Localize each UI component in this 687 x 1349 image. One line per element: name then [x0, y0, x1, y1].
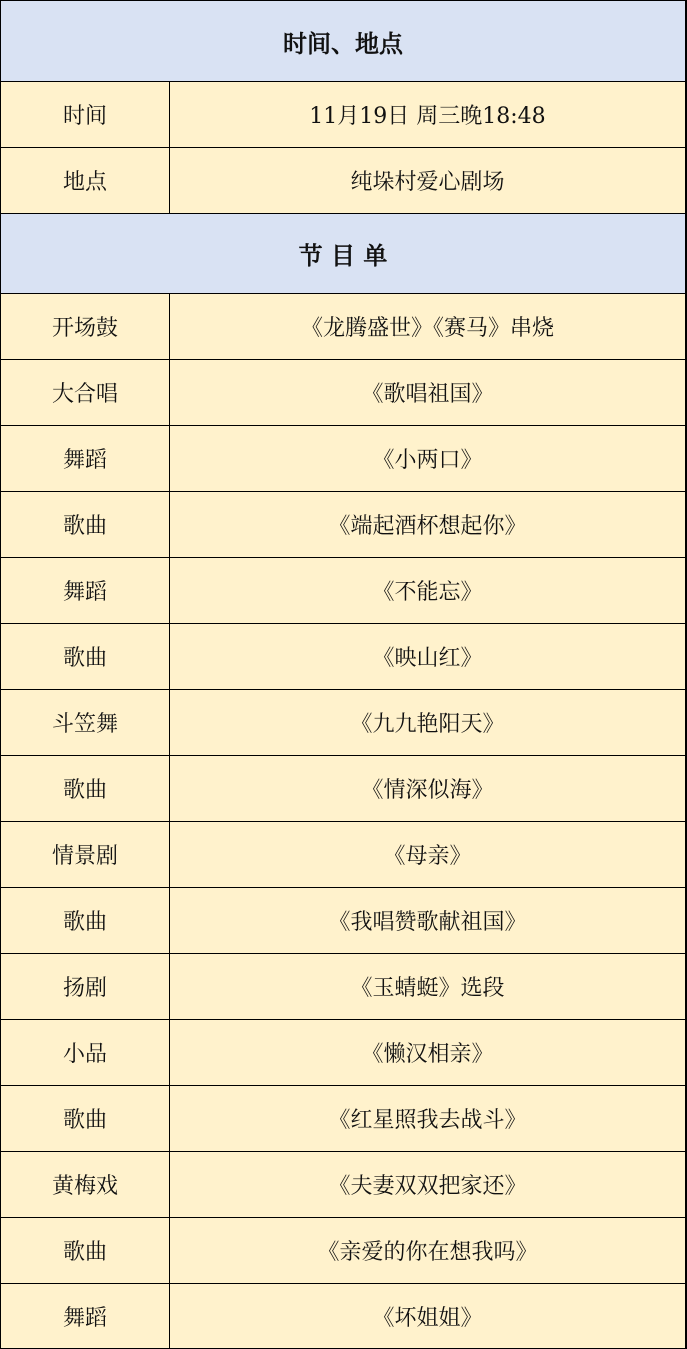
program-title: 《小两口》 [170, 426, 685, 491]
program-type: 歌曲 [1, 1086, 170, 1151]
program-type: 舞蹈 [1, 426, 170, 491]
program-title: 《懒汉相亲》 [170, 1020, 685, 1085]
program-type: 歌曲 [1, 492, 170, 557]
section-header-time-place: 时间、地点 [1, 1, 685, 82]
table-row: 歌曲 《红星照我去战斗》 [1, 1086, 685, 1152]
section-header-program: 节 目 单 [1, 214, 685, 294]
table-row: 斗笠舞 《九九艳阳天》 [1, 690, 685, 756]
program-title: 《龙腾盛世》《赛马》串烧 [170, 294, 685, 359]
program-title: 《端起酒杯想起你》 [170, 492, 685, 557]
program-title: 《红星照我去战斗》 [170, 1086, 685, 1151]
table-row: 情景剧 《母亲》 [1, 822, 685, 888]
table-row: 歌曲 《端起酒杯想起你》 [1, 492, 685, 558]
program-type: 歌曲 [1, 1218, 170, 1283]
program-type: 歌曲 [1, 888, 170, 953]
program-type: 情景剧 [1, 822, 170, 887]
program-type: 舞蹈 [1, 558, 170, 623]
program-title: 《不能忘》 [170, 558, 685, 623]
row-value: 纯垛村爱心剧场 [170, 148, 685, 213]
program-type: 斗笠舞 [1, 690, 170, 755]
table-row: 歌曲 《亲爱的你在想我吗》 [1, 1218, 685, 1284]
table-row: 开场鼓 《龙腾盛世》《赛马》串烧 [1, 294, 685, 360]
program-title: 《九九艳阳天》 [170, 690, 685, 755]
row-label: 时间 [1, 82, 170, 147]
program-title: 《母亲》 [170, 822, 685, 887]
program-type: 小品 [1, 1020, 170, 1085]
table-row-time: 时间 11月19日 周三晚18:48 [1, 82, 685, 148]
program-title: 《映山红》 [170, 624, 685, 689]
program-title: 《玉蜻蜓》选段 [170, 954, 685, 1019]
program-title: 《我唱赞歌献祖国》 [170, 888, 685, 953]
table-row: 扬剧 《玉蜻蜓》选段 [1, 954, 685, 1020]
program-title: 《亲爱的你在想我吗》 [170, 1218, 685, 1283]
program-title: 《夫妻双双把家还》 [170, 1152, 685, 1217]
table-row: 舞蹈 《不能忘》 [1, 558, 685, 624]
table-row: 小品 《懒汉相亲》 [1, 1020, 685, 1086]
table-row: 舞蹈 《小两口》 [1, 426, 685, 492]
table-row: 歌曲 《我唱赞歌献祖国》 [1, 888, 685, 954]
program-title: 《歌唱祖国》 [170, 360, 685, 425]
table-row: 黄梅戏 《夫妻双双把家还》 [1, 1152, 685, 1218]
program-type: 黄梅戏 [1, 1152, 170, 1217]
program-type: 歌曲 [1, 756, 170, 821]
table-row: 舞蹈 《坏姐姐》 [1, 1284, 685, 1348]
program-type: 扬剧 [1, 954, 170, 1019]
program-type: 舞蹈 [1, 1284, 170, 1348]
program-type: 歌曲 [1, 624, 170, 689]
program-type: 开场鼓 [1, 294, 170, 359]
table-row-place: 地点 纯垛村爱心剧场 [1, 148, 685, 214]
program-title: 《情深似海》 [170, 756, 685, 821]
table-row: 歌曲 《情深似海》 [1, 756, 685, 822]
program-title: 《坏姐姐》 [170, 1284, 685, 1348]
program-type: 大合唱 [1, 360, 170, 425]
table-row: 歌曲 《映山红》 [1, 624, 685, 690]
row-label: 地点 [1, 148, 170, 213]
row-value: 11月19日 周三晚18:48 [170, 82, 685, 147]
table-row: 大合唱 《歌唱祖国》 [1, 360, 685, 426]
program-table: 时间、地点 时间 11月19日 周三晚18:48 地点 纯垛村爱心剧场 节 目 … [0, 0, 687, 1349]
